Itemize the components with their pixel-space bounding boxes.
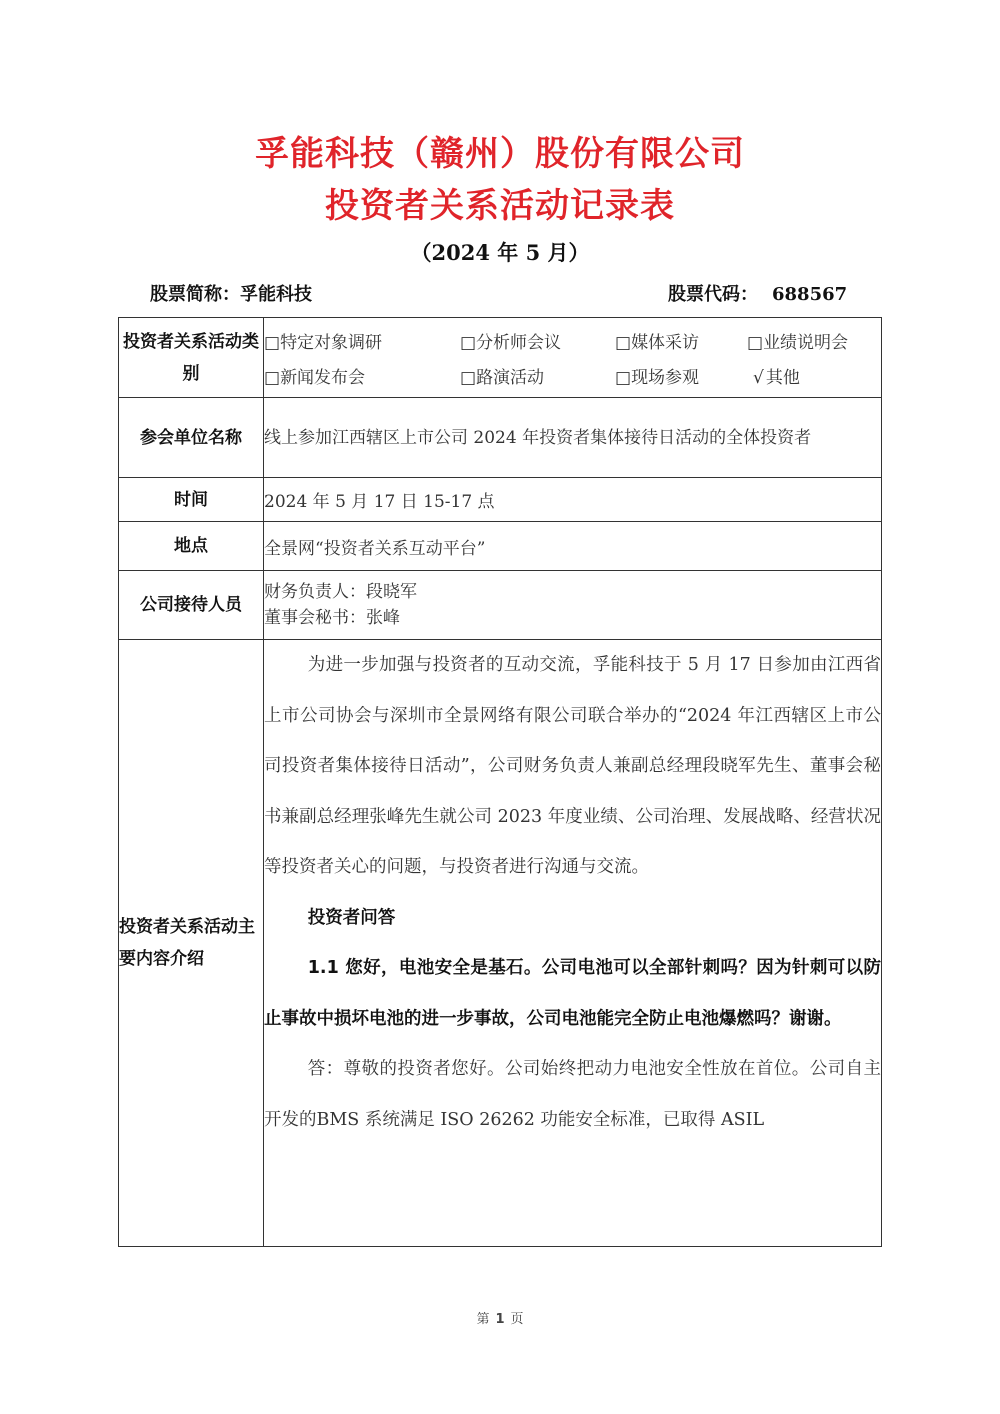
checkbox-icon: □ xyxy=(460,368,476,388)
checkbox-icon: □ xyxy=(460,333,476,353)
stock-short-name-value: 孚能科技 xyxy=(240,284,312,305)
label-reception: 公司接待人员 xyxy=(119,571,264,640)
stock-short-name-label: 股票简称： xyxy=(150,284,240,305)
option-earnings-briefing: □业绩说明会 xyxy=(747,328,867,353)
row-main-content: 投资者关系活动主要内容介绍 为进一步加强与投资者的互动交流，孚能科技于 5 月 … xyxy=(119,640,882,1247)
time-value: 2024 年 5 月 17 日 15-17 点 xyxy=(264,478,882,522)
row-reception: 公司接待人员 财务负责人：段晓军 董事会秘书：张峰 xyxy=(119,571,882,640)
checkmark-icon: √ xyxy=(753,368,764,388)
activity-type-options: □特定对象调研 □分析师会议 □媒体采访 □业绩说明会 □新闻发布会 □路演活动… xyxy=(264,318,882,398)
stock-code: 股票代码：688567 xyxy=(668,280,847,306)
option-other: √其他 xyxy=(747,363,867,388)
intro-paragraph: 为进一步加强与投资者的互动交流，孚能科技于 5 月 17 日参加由江西省上市公司… xyxy=(264,640,881,893)
option-roadshow: □路演活动 xyxy=(460,363,615,388)
answer-1: 答：尊敬的投资者您好。公司始终把动力电池安全性放在首位。公司自主开发的BMS 系… xyxy=(264,1044,881,1145)
stock-code-label: 股票代码： xyxy=(668,284,758,305)
main-content-value: 为进一步加强与投资者的互动交流，孚能科技于 5 月 17 日参加由江西省上市公司… xyxy=(264,640,882,1247)
checkbox-icon: □ xyxy=(264,333,280,353)
row-participants: 参会单位名称 线上参加江西辖区上市公司 2024 年投资者集体接待日活动的全体投… xyxy=(119,398,882,478)
option-media-interview: □媒体采访 xyxy=(615,328,747,353)
page-number: 1 xyxy=(495,1312,504,1327)
checkbox-icon: □ xyxy=(615,333,631,353)
form-title: 投资者关系活动记录表 xyxy=(0,178,1000,227)
row-time: 时间 2024 年 5 月 17 日 15-17 点 xyxy=(119,478,882,522)
label-activity-type: 投资者关系活动类别 xyxy=(119,318,264,398)
checkbox-icon: □ xyxy=(264,368,280,388)
location-value: 全景网“投资者关系互动平台” xyxy=(264,522,882,571)
page-suffix: 页 xyxy=(511,1312,524,1327)
stock-code-value: 688567 xyxy=(772,284,847,305)
stock-short-name: 股票简称：孚能科技 xyxy=(150,280,312,306)
label-participants: 参会单位名称 xyxy=(119,398,264,478)
activity-record-table: 投资者关系活动类别 □特定对象调研 □分析师会议 □媒体采访 □业绩说明会 □新… xyxy=(118,317,882,1247)
reception-line-cfo: 财务负责人：段晓军 xyxy=(264,579,881,605)
page-footer: 第1页 xyxy=(0,1308,1000,1327)
page-prefix: 第 xyxy=(476,1312,489,1327)
question-1: 1.1 您好，电池安全是基石。公司电池可以全部针刺吗？因为针刺可以防止事故中损坏… xyxy=(264,943,881,1044)
reception-value: 财务负责人：段晓军 董事会秘书：张峰 xyxy=(264,571,882,640)
row-activity-type: 投资者关系活动类别 □特定对象调研 □分析师会议 □媒体采访 □业绩说明会 □新… xyxy=(119,318,882,398)
option-analyst-meeting: □分析师会议 xyxy=(460,328,615,353)
row-location: 地点 全景网“投资者关系互动平台” xyxy=(119,522,882,571)
label-main-content: 投资者关系活动主要内容介绍 xyxy=(119,640,264,1247)
participants-value: 线上参加江西辖区上市公司 2024 年投资者集体接待日活动的全体投资者 xyxy=(264,398,882,478)
company-title: 孚能科技（赣州）股份有限公司 xyxy=(0,126,1000,175)
option-specific-research: □特定对象调研 xyxy=(264,328,460,353)
reception-line-secretary: 董事会秘书：张峰 xyxy=(264,605,881,631)
option-press-conference: □新闻发布会 xyxy=(264,363,460,388)
qa-heading: 投资者问答 xyxy=(264,893,881,944)
option-site-visit: □现场参观 xyxy=(615,363,747,388)
checkbox-icon: □ xyxy=(747,333,763,353)
label-time: 时间 xyxy=(119,478,264,522)
checkbox-icon: □ xyxy=(615,368,631,388)
label-location: 地点 xyxy=(119,522,264,571)
report-period: （2024 年 5 月） xyxy=(0,237,1000,267)
